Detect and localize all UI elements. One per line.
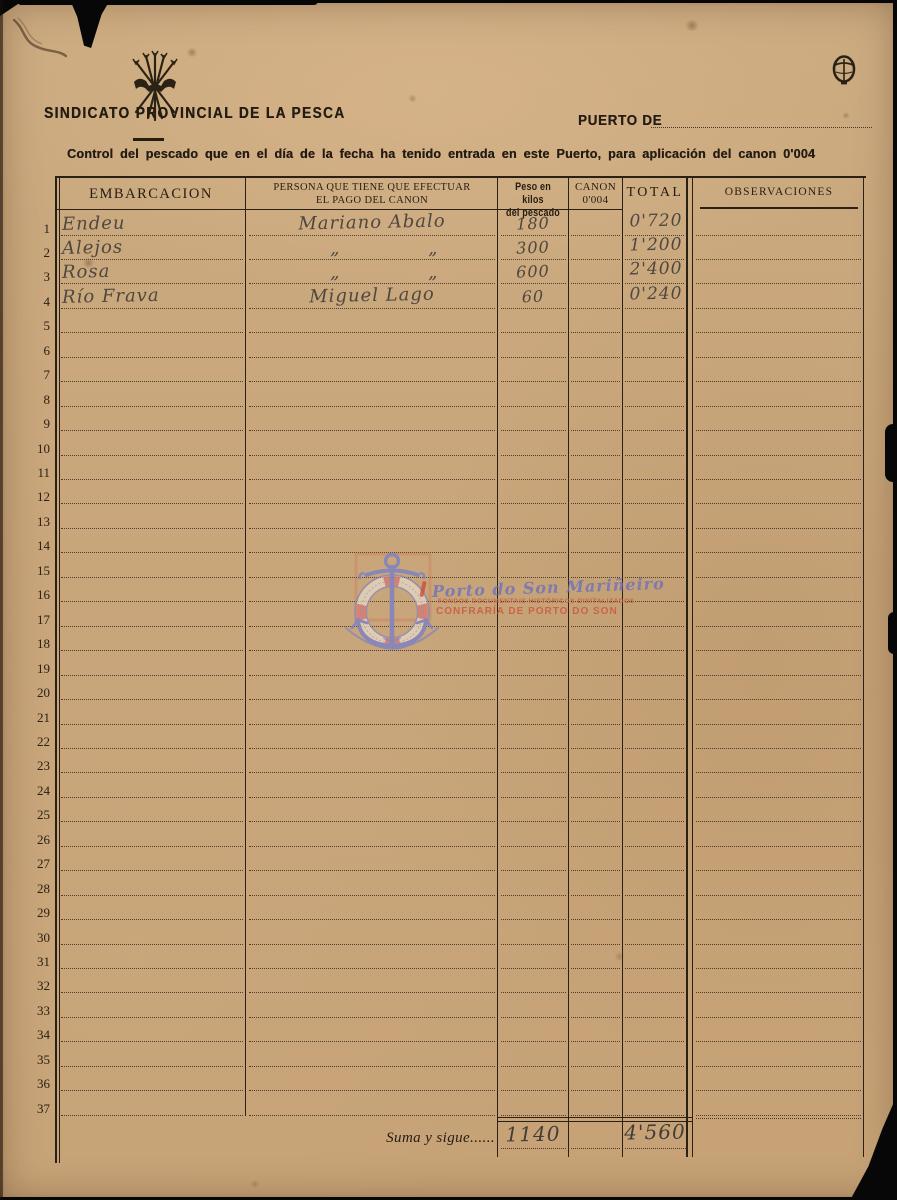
row-writing-line [625,895,684,896]
row-writing-line [571,870,620,871]
row-writing-line [61,846,243,847]
entry-persona-ditto: „ [428,262,439,283]
row-writing-line [61,748,243,749]
row-writing-line [571,821,620,822]
row-writing-line [571,846,620,847]
row-writing-line [571,944,620,945]
row-writing-line [625,699,684,700]
row-number: 34 [24,1027,50,1043]
row-number: 25 [24,807,50,823]
row-writing-line [571,1090,620,1091]
row-writing-line [571,1066,620,1067]
sum-double-rule-top [497,1117,692,1118]
entry-total: 0'720 [623,210,689,231]
row-writing-line [696,430,861,431]
row-writing-line [696,503,861,504]
row-writing-line [625,1017,684,1018]
row-writing-line [61,308,243,309]
row-number: 18 [24,636,50,652]
row-writing-line [61,626,243,627]
row-writing-line [696,332,861,333]
row-writing-line [249,552,495,553]
row-number: 24 [24,783,50,799]
row-writing-line [61,357,243,358]
torn-edge-right [893,0,897,1200]
row-writing-line [625,968,684,969]
row-writing-line [249,1115,495,1116]
row-writing-line [249,406,495,407]
row-writing-line [696,699,861,700]
row-writing-line [696,1041,861,1042]
row-writing-line [625,650,684,651]
row-writing-line [249,846,495,847]
row-writing-line [625,430,684,431]
row-number: 35 [24,1052,50,1068]
row-writing-line [501,772,566,773]
row-writing-line [61,601,243,602]
row-writing-line [61,772,243,773]
scanned-form-page: SINDICATO PROVINCIAL DE LA PESCA PUERTO … [0,0,897,1200]
row-writing-line [501,626,566,627]
row-writing-line [625,821,684,822]
row-writing-line [571,797,620,798]
col-sep-persona-peso [497,176,498,1157]
row-writing-line [696,724,861,725]
row-writing-line [571,235,620,236]
row-writing-line [61,650,243,651]
header-total: TOTAL [622,185,688,201]
row-number: 5 [24,318,50,334]
row-writing-line [501,919,566,920]
sum-label: Suma y sigue...... [320,1130,495,1147]
row-writing-line [61,503,243,504]
row-writing-line [61,895,243,896]
row-writing-line [696,821,861,822]
row-writing-line [501,430,566,431]
row-writing-line [501,944,566,945]
row-writing-line [571,308,620,309]
row-writing-line [501,552,566,553]
row-writing-line [501,1041,566,1042]
row-number: 22 [24,734,50,750]
row-writing-line [625,308,684,309]
row-writing-line [696,1017,861,1018]
row-writing-line [696,772,861,773]
row-writing-line [625,1090,684,1091]
sum-total-value: 4'560 [622,1119,688,1144]
row-writing-line [249,357,495,358]
row-number: 3 [24,269,50,285]
row-writing-line [696,601,861,602]
row-writing-line [501,283,566,284]
row-writing-line [696,870,861,871]
row-writing-line [571,1041,620,1042]
row-writing-line [696,357,861,358]
total-right-border-inner [692,176,694,1157]
stain [186,48,198,57]
entry-total: 1'200 [623,234,689,255]
stain [250,1180,260,1188]
table-left-border-outer [55,176,57,1163]
stain [842,112,850,119]
row-writing-line [696,1066,861,1067]
row-number: 23 [24,758,50,774]
row-writing-line [625,675,684,676]
anchor-lifebuoy-watermark-icon [336,548,448,664]
row-writing-line [571,332,620,333]
row-writing-line [696,455,861,456]
row-number: 2 [24,245,50,261]
sum-obs-dotted [696,1118,861,1119]
row-writing-line [571,528,620,529]
row-writing-line [696,406,861,407]
col-sep-canon-total [622,176,623,1157]
row-number: 8 [24,392,50,408]
row-writing-line [625,748,684,749]
row-writing-line [61,528,243,529]
row-writing-line [501,308,566,309]
row-writing-line [696,968,861,969]
row-writing-line [61,968,243,969]
entry-peso: 300 [500,237,567,258]
row-writing-line [696,1090,861,1091]
row-writing-line [249,308,495,309]
row-writing-line [501,455,566,456]
row-writing-line [625,1115,684,1116]
row-writing-line [249,968,495,969]
row-writing-line [625,919,684,920]
row-writing-line [501,650,566,651]
puerto-label: PUERTO DE [578,113,662,129]
row-writing-line [501,259,566,260]
row-writing-line [249,528,495,529]
row-writing-line [696,552,861,553]
row-writing-line [61,675,243,676]
stain [408,94,417,103]
stain [82,258,95,268]
row-writing-line [249,1066,495,1067]
row-writing-line [571,992,620,993]
sum-peso-value: 1140 [500,1121,566,1146]
row-writing-line [696,528,861,529]
row-writing-line [696,308,861,309]
row-writing-line [249,479,495,480]
entry-peso: 180 [500,212,567,233]
puerto-fill-line [651,113,872,128]
row-writing-line [571,675,620,676]
stain [614,952,625,961]
row-number: 20 [24,685,50,701]
row-writing-line [625,479,684,480]
row-writing-line [501,528,566,529]
row-writing-line [249,1090,495,1091]
row-writing-line [249,430,495,431]
row-writing-line [625,528,684,529]
table-right-border [863,176,864,1157]
row-writing-line [61,479,243,480]
row-writing-line [249,895,495,896]
row-writing-line [571,577,620,578]
row-writing-line [61,992,243,993]
entry-embarcacion: Río Frava [62,283,242,308]
row-writing-line [571,406,620,407]
row-number: 30 [24,930,50,946]
row-number: 28 [24,881,50,897]
row-writing-line [249,699,495,700]
row-writing-line [61,919,243,920]
row-writing-line [501,797,566,798]
entry-persona: Miguel Lago [250,282,494,308]
row-writing-line [249,381,495,382]
row-writing-line [61,944,243,945]
row-writing-line [249,748,495,749]
row-number: 12 [24,489,50,505]
row-number: 16 [24,587,50,603]
row-number: 6 [24,343,50,359]
crease-mark [6,12,76,62]
row-writing-line [61,797,243,798]
row-writing-line [249,650,495,651]
entry-persona-ditto: „ [428,238,439,259]
row-writing-line [249,259,495,260]
row-writing-line [625,455,684,456]
torn-corner-bottom-right [845,1095,897,1200]
row-writing-line [501,601,566,602]
row-writing-line [625,870,684,871]
row-writing-line [249,870,495,871]
row-writing-line [501,724,566,725]
row-writing-line [249,577,495,578]
row-writing-line [501,381,566,382]
row-writing-line [696,650,861,651]
watermark-subtext-2: CONFRARÍA DE PORTO DO SON [436,606,618,617]
table-left-border-inner [59,176,60,1163]
row-writing-line [249,503,495,504]
header-persona: PERSONA QUE TIENE QUE EFECTUAR EL PAGO D… [247,181,497,207]
row-writing-line [501,406,566,407]
row-writing-line [61,821,243,822]
col-sep-embarcacion-persona [245,176,246,1116]
row-writing-line [696,235,861,236]
row-writing-line [501,1115,566,1116]
row-writing-line [571,650,620,651]
row-writing-line [696,846,861,847]
row-writing-line [571,895,620,896]
row-writing-line [61,552,243,553]
brand-underline [133,138,164,141]
row-number: 33 [24,1003,50,1019]
col-sep-peso-canon [568,176,569,1157]
row-writing-line [571,1115,620,1116]
header-embarcacion: EMBARCACION [57,186,245,203]
row-number: 27 [24,856,50,872]
row-writing-line [696,626,861,627]
row-writing-line [249,821,495,822]
row-writing-line [501,332,566,333]
row-number: 9 [24,416,50,432]
row-number: 13 [24,514,50,530]
row-writing-line [571,479,620,480]
total-right-border-outer [686,176,688,1157]
row-number: 21 [24,710,50,726]
row-writing-line [501,235,566,236]
entry-persona-ditto: „ [330,262,341,283]
row-writing-line [571,919,620,920]
row-writing-line [249,919,495,920]
row-writing-line [696,895,861,896]
row-number: 37 [24,1101,50,1117]
row-writing-line [61,381,243,382]
row-writing-line [625,944,684,945]
sum-peso-underline [501,1148,566,1149]
entry-embarcacion: Alejos [62,234,242,259]
row-writing-line [61,430,243,431]
table-top-border [55,176,866,179]
brand-title: SINDICATO PROVINCIAL DE LA PESCA [44,105,345,123]
entry-peso: 60 [500,286,567,307]
row-writing-line [501,992,566,993]
row-writing-line [501,968,566,969]
row-writing-line [625,1066,684,1067]
row-number: 17 [24,612,50,628]
row-writing-line [501,577,566,578]
row-writing-line [571,968,620,969]
torn-notch-right-1 [885,424,897,482]
row-writing-line [571,699,620,700]
row-writing-line [571,503,620,504]
row-writing-line [501,503,566,504]
row-writing-line [249,1041,495,1042]
row-number: 4 [24,294,50,310]
row-writing-line [625,846,684,847]
watermark-red-tick [419,581,426,597]
form-subtitle: Control del pescado que en el día de la … [67,146,815,161]
row-writing-line [625,772,684,773]
row-writing-line [696,797,861,798]
row-writing-line [696,259,861,260]
row-writing-line [61,1090,243,1091]
entry-persona: Mariano Abalo [250,209,494,235]
row-writing-line [501,846,566,847]
row-writing-line [61,1115,243,1116]
row-writing-line [249,675,495,676]
row-number: 10 [24,441,50,457]
row-writing-line [249,944,495,945]
entry-total: 2'400 [623,259,689,280]
entry-total: 0'240 [623,283,689,304]
row-number: 32 [24,978,50,994]
header-observaciones: OBSERVACIONES [694,186,864,198]
row-writing-line [249,724,495,725]
row-writing-line [696,381,861,382]
row-writing-line [571,772,620,773]
row-writing-line [61,1066,243,1067]
row-writing-line [501,870,566,871]
row-writing-line [696,283,861,284]
row-number: 14 [24,538,50,554]
row-writing-line [571,381,620,382]
row-writing-line [249,992,495,993]
row-writing-line [501,675,566,676]
row-writing-line [61,724,243,725]
row-writing-line [696,992,861,993]
row-writing-line [501,748,566,749]
row-writing-line [571,259,620,260]
stain [684,20,700,31]
row-writing-line [571,748,620,749]
printer-seal-icon [831,55,857,89]
row-writing-line [696,748,861,749]
row-writing-line [625,577,684,578]
row-number: 31 [24,954,50,970]
row-writing-line [571,283,620,284]
sum-canon-underline [571,1148,620,1149]
row-writing-line [61,577,243,578]
row-writing-line [61,699,243,700]
row-writing-line [249,626,495,627]
row-writing-line [61,406,243,407]
row-writing-line [501,1017,566,1018]
row-writing-line [61,1017,243,1018]
row-writing-line [501,821,566,822]
row-writing-line [625,1041,684,1042]
row-writing-line [249,601,495,602]
row-writing-line [61,332,243,333]
row-writing-line [249,455,495,456]
sum-total-underline [625,1148,688,1149]
row-writing-line [696,944,861,945]
row-writing-line [571,357,620,358]
shadow-edge-left [0,0,3,1200]
row-number: 29 [24,905,50,921]
row-writing-line [625,357,684,358]
row-number: 1 [24,221,50,237]
row-writing-line [625,797,684,798]
row-writing-line [625,724,684,725]
row-writing-line [696,675,861,676]
row-writing-line [625,552,684,553]
torn-edge-top-strip2 [300,0,897,3]
row-writing-line [501,1066,566,1067]
torn-edge-top-strip [18,0,318,5]
row-writing-line [625,503,684,504]
row-number: 7 [24,367,50,383]
observaciones-header-rule [700,207,858,210]
row-writing-line [571,626,620,627]
row-writing-line [571,430,620,431]
row-writing-line [696,479,861,480]
row-writing-line [501,357,566,358]
row-number: 19 [24,661,50,677]
torn-notch-right-2 [888,612,897,654]
row-number: 11 [24,465,50,481]
row-writing-line [625,992,684,993]
row-writing-line [625,601,684,602]
row-writing-line [501,1090,566,1091]
row-writing-line [625,626,684,627]
row-writing-line [61,1041,243,1042]
row-writing-line [571,601,620,602]
row-writing-line [61,870,243,871]
row-writing-line [61,455,243,456]
row-writing-line [571,552,620,553]
entry-persona-ditto: „ [330,238,341,259]
row-writing-line [249,332,495,333]
entry-peso: 600 [500,261,567,282]
row-writing-line [696,1115,861,1116]
watermark-script-text: Porto do Son Mariñeiro [432,574,665,601]
row-writing-line [571,724,620,725]
